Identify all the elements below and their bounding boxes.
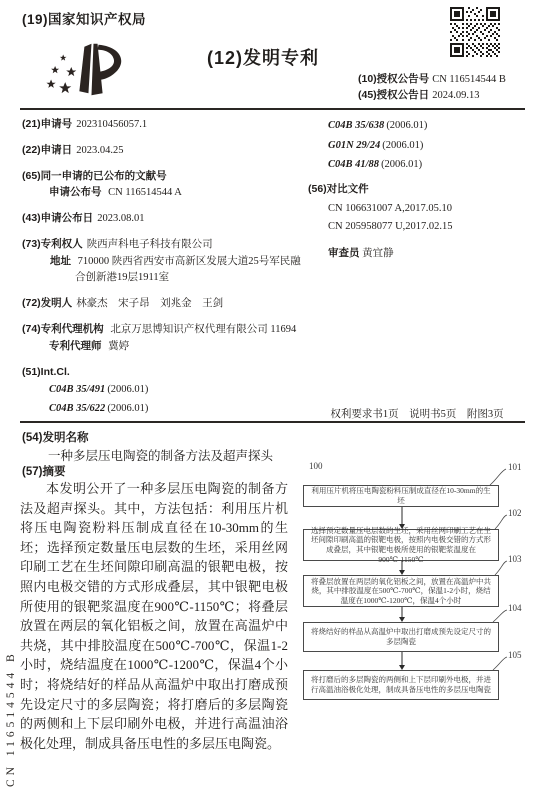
prior-publication-entry: (65)同一申请的已公布的文献号 申请公布号 CN 116514544 A — [22, 168, 308, 201]
pages-count-info: 权利要求书1页 说明书5页 附图3页 — [308, 406, 526, 421]
application-number-entry: (21)申请号202310456057.1 — [22, 116, 308, 133]
address-label: 地址 — [50, 255, 71, 267]
classification-code: G01N 29/24 — [328, 140, 380, 151]
flowchart-root-label: 100 — [309, 461, 323, 471]
classification-version: (2006.01) — [386, 120, 427, 131]
agency-label: (74)专利代理机构 — [22, 323, 104, 335]
flowchart-step-text: 将烧结好的样品从高温炉中取出打磨成预先设定尺寸的多层陶瓷 — [308, 627, 494, 646]
biblio-right-column: C04B 35/638(2006.01) G01N 29/24(2006.01)… — [308, 116, 532, 262]
flowchart-step-box: 将打磨后的多层陶瓷的两侧和上下层印刷外电极，并进行高温油浴极化处理，制成具备压电… — [303, 670, 499, 700]
application-publication-date-value: 2023.08.01 — [97, 213, 144, 224]
inventors-label: (72)发明人 — [22, 297, 72, 309]
flowchart-step-text: 选择预定数量压电层数的生坯，采用丝网印刷工艺在生坯间隙印刷高温的银靶电极，按照内… — [308, 526, 494, 564]
reference-item: CN 205958077 U,2017.02.15 — [308, 218, 532, 236]
process-flowchart-figure: 100 利用压片机将压电陶瓷粉料压制成直径在10-30mm的生坯 选择预定数量压… — [295, 455, 535, 715]
header-divider — [20, 108, 525, 110]
agent-line: 专利代理师 冀婷 — [22, 338, 308, 355]
issuing-office: (19)国家知识产权局 — [22, 8, 146, 28]
application-publication-date-label: (43)申请公布日 — [22, 212, 93, 224]
grant-number-line: (10)授权公告号CN 116514544 B — [358, 72, 506, 88]
qr-code-icon — [450, 7, 500, 57]
application-number-value: 202310456057.1 — [76, 119, 147, 130]
classification-entry: C04B 35/491(2006.01) — [22, 380, 308, 399]
agency-value: 北京万思博知识产权代理有限公司 11694 — [110, 324, 296, 335]
int-cl-entry: (51)Int.Cl. C04B 35/491(2006.01) C04B 35… — [22, 364, 308, 418]
flowchart-step-number: 101 — [508, 462, 522, 472]
inventors-entry: (72)发明人林豪杰 宋子昂 刘兆金 王剑 — [22, 295, 308, 312]
examiner-line: 审查员 黄宜静 — [308, 245, 532, 262]
references-label: (56)对比文件 — [308, 181, 532, 197]
patentee-label: (73)专利权人 — [22, 238, 83, 250]
classification-version: (2006.01) — [107, 403, 148, 414]
biblio-divider — [20, 421, 525, 423]
classification-code: C04B 35/638 — [328, 120, 384, 131]
application-number-label: (21)申请号 — [22, 118, 72, 130]
flowchart-step-box: 将叠层放置在两层的氧化铝板之间，放置在高温炉中共烧，其中排胶温度在500℃-70… — [303, 575, 499, 607]
application-publication-date-entry: (43)申请公布日2023.08.01 — [22, 210, 308, 227]
flowchart-step-box: 利用压片机将压电陶瓷粉料压制成直径在10-30mm的生坯 — [303, 485, 499, 507]
classification-entry: C04B 35/638(2006.01) — [308, 116, 532, 136]
side-publication-code: CN 116514544 B — [5, 650, 17, 787]
agency-entry: (74)专利代理机构 北京万思博知识产权代理有限公司 11694 专利代理师 冀… — [22, 321, 308, 355]
classification-version: (2006.01) — [107, 384, 148, 395]
flowchart-step-box: 将烧结好的样品从高温炉中取出打磨成预先设定尺寸的多层陶瓷 — [303, 622, 499, 652]
classification-version: (2006.01) — [381, 159, 422, 170]
classification-code: C04B 41/88 — [328, 159, 379, 170]
flowchart-step-text: 将打磨后的多层陶瓷的两侧和上下层印刷外电极，并进行高温油浴极化处理，制成具备压电… — [308, 675, 494, 694]
document-type-title: (12)发明专利 — [207, 44, 319, 70]
patentee-line: (73)专利权人陕西声科电子科技有限公司 — [22, 236, 308, 253]
flowchart-step-number: 105 — [508, 650, 522, 660]
classification-code: C04B 35/491 — [49, 384, 105, 395]
flowchart-step-number: 102 — [508, 508, 522, 518]
prior-publication-number-line: 申请公布号 CN 116514544 A — [22, 184, 308, 201]
invention-title: 一种多层压电陶瓷的制备方法及超声探头 — [22, 446, 273, 464]
application-date-value: 2023.04.25 — [76, 145, 123, 156]
application-date-entry: (22)申请日2023.04.25 — [22, 142, 308, 159]
int-cl-label: (51)Int.Cl. — [22, 364, 304, 380]
cnipa-logo-icon — [46, 38, 142, 102]
grant-number-value: CN 116514544 B — [432, 74, 506, 85]
agent-label: 专利代理师 — [49, 340, 102, 352]
prior-publication-number-value: CN 116514544 A — [108, 187, 182, 198]
classification-code: C04B 35/622 — [49, 403, 105, 414]
grant-date-line: (45)授权公告日2024.09.13 — [358, 88, 506, 104]
application-date-label: (22)申请日 — [22, 144, 72, 156]
classification-entry: C04B 41/88(2006.01) — [308, 155, 532, 175]
examiner-label: 审查员 — [328, 247, 360, 259]
classification-version: (2006.01) — [382, 140, 423, 151]
prior-publication-number-label: 申请公布号 — [49, 186, 102, 198]
grant-date-value: 2024.09.13 — [432, 90, 479, 101]
grant-date-label: (45)授权公告日 — [358, 89, 429, 101]
prior-publication-label: (65)同一申请的已公布的文献号 — [22, 168, 304, 184]
biblio-left-column: (21)申请号202310456057.1 (22)申请日2023.04.25 … — [22, 116, 308, 427]
flowchart-step-text: 利用压片机将压电陶瓷粉料压制成直径在10-30mm的生坯 — [308, 486, 494, 505]
agent-value: 冀婷 — [108, 341, 129, 352]
address-value: 710000 陕西省西安市高新区发展大道25号军民融合创新港19层1911室 — [75, 256, 301, 283]
patentee-address-line: 地址 710000 陕西省西安市高新区发展大道25号军民融合创新港19层1911… — [22, 253, 308, 286]
classification-entry: G01N 29/24(2006.01) — [308, 136, 532, 156]
agency-line: (74)专利代理机构 北京万思博知识产权代理有限公司 11694 — [22, 321, 308, 338]
examiner-value: 黄宜静 — [362, 248, 394, 259]
flowchart-step-text: 将叠层放置在两层的氧化铝板之间，放置在高温炉中共烧，其中排胶温度在500℃-70… — [308, 577, 494, 606]
inventors-value: 林豪杰 宋子昂 刘兆金 王剑 — [76, 298, 223, 309]
publication-info: (10)授权公告号CN 116514544 B (45)授权公告日2024.09… — [358, 72, 506, 103]
grant-number-label: (10)授权公告号 — [358, 73, 429, 85]
flowchart-step-box: 选择预定数量压电层数的生坯，采用丝网印刷工艺在生坯间隙印刷高温的银靶电极，按照内… — [303, 529, 499, 561]
flowchart-step-number: 103 — [508, 554, 522, 564]
patentee-value: 陕西声科电子科技有限公司 — [87, 239, 213, 250]
patentee-entry: (73)专利权人陕西声科电子科技有限公司 地址 710000 陕西省西安市高新区… — [22, 236, 308, 286]
patent-front-page: { "colors": { "ink": "#201d1b" }, "heade… — [0, 0, 541, 790]
invention-title-label: (54)发明名称 — [22, 429, 88, 445]
abstract-text: 本发明公开了一种多层压电陶瓷的制备方法及超声探头。其中，方法包括：利用压片机将压… — [20, 479, 288, 753]
flowchart-step-number: 104 — [508, 603, 522, 613]
classification-entry: C04B 35/622(2006.01) — [22, 399, 308, 418]
abstract-label: (57)摘要 — [22, 463, 65, 479]
reference-item: CN 106631007 A,2017.05.10 — [308, 200, 532, 218]
